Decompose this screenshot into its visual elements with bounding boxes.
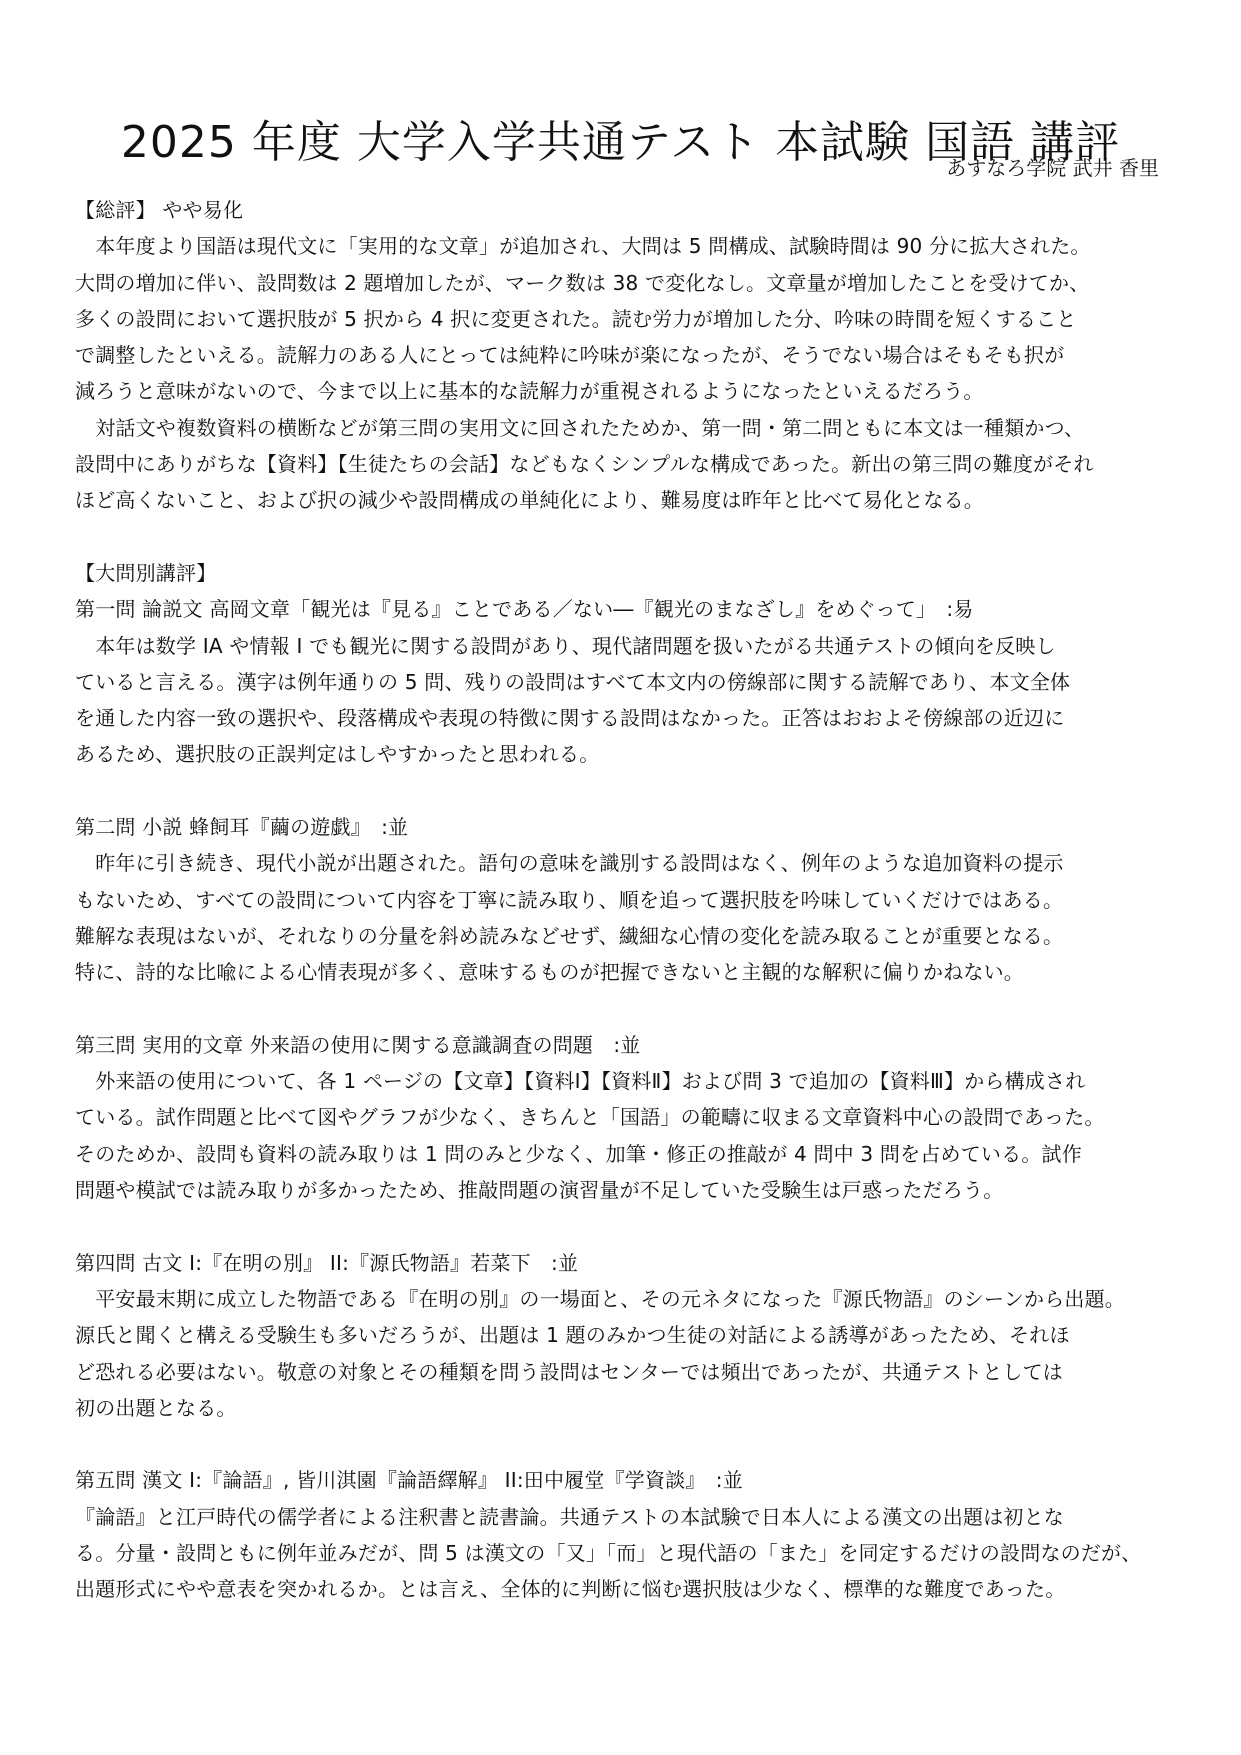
- paragraph-line: 源氏と聞くと構える受験生も多いだろうが、出題は 1 題のみかつ生徒の対話による誘…: [75, 1317, 1175, 1353]
- paragraph-line: 平安最末期に成立した物語である『在明の別』の一場面と、その元ネタになった『源氏物…: [75, 1281, 1175, 1317]
- paragraph-line: 設問中にありがちな【資料】【生徒たちの会話】などもなくシンプルな構成であった。新…: [75, 446, 1175, 482]
- document-body: 【総評】 やや易化 本年度より国語は現代文に「実用的な文章」が追加され、大問は …: [75, 192, 1175, 1608]
- question-heading: 第三問 実用的文章 外来語の使用に関する意識調査の問題 :並: [75, 1027, 1175, 1063]
- question-heading: 第一問 論説文 高岡文章「観光は『見る』ことである／ない―『観光のまなざし』をめ…: [75, 591, 1175, 627]
- paragraph-line: 本年度より国語は現代文に「実用的な文章」が追加され、大問は 5 問構成、試験時間…: [75, 228, 1175, 264]
- paragraph-line: を通した内容一致の選択や、段落構成や表現の特徴に関する設問はなかった。正答はおお…: [75, 700, 1175, 736]
- question-heading: 第二問 小説 蜂飼耳『繭の遊戯』 :並: [75, 809, 1175, 845]
- paragraph-line: で調整したといえる。読解力のある人にとっては純粋に吟味が楽になったが、そうでない…: [75, 337, 1175, 373]
- paragraph-line: あるため、選択肢の正誤判定はしやすかったと思われる。: [75, 736, 1175, 772]
- paragraph-line: 減ろうと意味がないので、今まで以上に基本的な読解力が重視されるようになったといえ…: [75, 373, 1175, 409]
- spacer: [75, 773, 1175, 809]
- paragraph-line: ど恐れる必要はない。敬意の対象とその種類を問う設問はセンターでは頻出であったが、…: [75, 1354, 1175, 1390]
- paragraph-line: る。分量・設問ともに例年並みだが、問 5 は漢文の「又」「而」と現代語の「また」…: [75, 1535, 1175, 1571]
- spacer: [75, 519, 1175, 555]
- question-4-review: 第四問 古文 I:『在明の別』 II:『源氏物語』若菜下 :並 平安最末期に成立…: [75, 1245, 1175, 1426]
- question-2-review: 第二問 小説 蜂飼耳『繭の遊戯』 :並 昨年に引き続き、現代小説が出題された。語…: [75, 809, 1175, 990]
- author-name: あすなろ学院 武井 香里: [946, 153, 1159, 183]
- question-1-review: 第一問 論説文 高岡文章「観光は『見る』ことである／ない―『観光のまなざし』をめ…: [75, 591, 1175, 772]
- paragraph-line: 『論語』と江戸時代の儒学者による注釈書と読書論。共通テストの本試験で日本人による…: [75, 1499, 1175, 1535]
- paragraph-line: もないため、すべての設問について内容を丁寧に読み取り、順を追って選択肢を吟味して…: [75, 882, 1175, 918]
- paragraph-line: 問題や模試では読み取りが多かったため、推敲問題の演習量が不足していた受験生は戸惑…: [75, 1172, 1175, 1208]
- question-heading: 第五問 漢文 I:『論語』, 皆川淇園『論語繹解』 II:田中履堂『学資談』 :…: [75, 1462, 1175, 1498]
- paragraph-line: 昨年に引き続き、現代小説が出題された。語句の意味を識別する設問はなく、例年のよう…: [75, 845, 1175, 881]
- overall-review: 【総評】 やや易化 本年度より国語は現代文に「実用的な文章」が追加され、大問は …: [75, 192, 1175, 519]
- overall-heading: 【総評】 やや易化: [75, 192, 1175, 228]
- spacer: [75, 991, 1175, 1027]
- paragraph-line: ほど高くないこと、および択の減少や設問構成の単純化により、難易度は昨年と比べて易…: [75, 482, 1175, 518]
- paragraph-line: 本年は数学 IA や情報 I でも観光に関する設問があり、現代諸問題を扱いたがる…: [75, 628, 1175, 664]
- paragraph-line: 初の出題となる。: [75, 1390, 1175, 1426]
- paragraph-line: そのためか、設問も資料の読み取りは 1 問のみと少なく、加筆・修正の推敲が 4 …: [75, 1136, 1175, 1172]
- paragraph-line: 難解な表現はないが、それなりの分量を斜め読みなどせず、繊細な心情の変化を読み取る…: [75, 918, 1175, 954]
- paragraph-line: 特に、詩的な比喩による心情表現が多く、意味するものが把握できないと主観的な解釈に…: [75, 954, 1175, 990]
- question-heading: 第四問 古文 I:『在明の別』 II:『源氏物語』若菜下 :並: [75, 1245, 1175, 1281]
- question-3-review: 第三問 実用的文章 外来語の使用に関する意識調査の問題 :並 外来語の使用につい…: [75, 1027, 1175, 1208]
- paragraph-line: 外来語の使用について、各 1 ページの【文章】【資料Ⅰ】【資料Ⅱ】および問 3 …: [75, 1063, 1175, 1099]
- paragraph-line: 多くの設問において選択肢が 5 択から 4 択に変更された。読む労力が増加した分…: [75, 301, 1175, 337]
- spacer: [75, 1426, 1175, 1462]
- paragraph-line: 出題形式にやや意表を突かれるか。とは言え、全体的に判断に悩む選択肢は少なく、標準…: [75, 1571, 1175, 1607]
- paragraph-line: 大問の増加に伴い、設問数は 2 題増加したが、マーク数は 38 で変化なし。文章…: [75, 265, 1175, 301]
- paragraph-line: ている。試作問題と比べて図やグラフが少なく、きちんと「国語」の範疇に収まる文章資…: [75, 1099, 1175, 1135]
- spacer: [75, 1208, 1175, 1244]
- paragraph-line: 対話文や複数資料の横断などが第三問の実用文に回されたためか、第一問・第二問ともに…: [75, 410, 1175, 446]
- by-question-heading: 【大問別講評】: [75, 555, 1175, 591]
- paragraph-line: ていると言える。漢字は例年通りの 5 問、残りの設問はすべて本文内の傍線部に関す…: [75, 664, 1175, 700]
- question-5-review: 第五問 漢文 I:『論語』, 皆川淇園『論語繹解』 II:田中履堂『学資談』 :…: [75, 1462, 1175, 1607]
